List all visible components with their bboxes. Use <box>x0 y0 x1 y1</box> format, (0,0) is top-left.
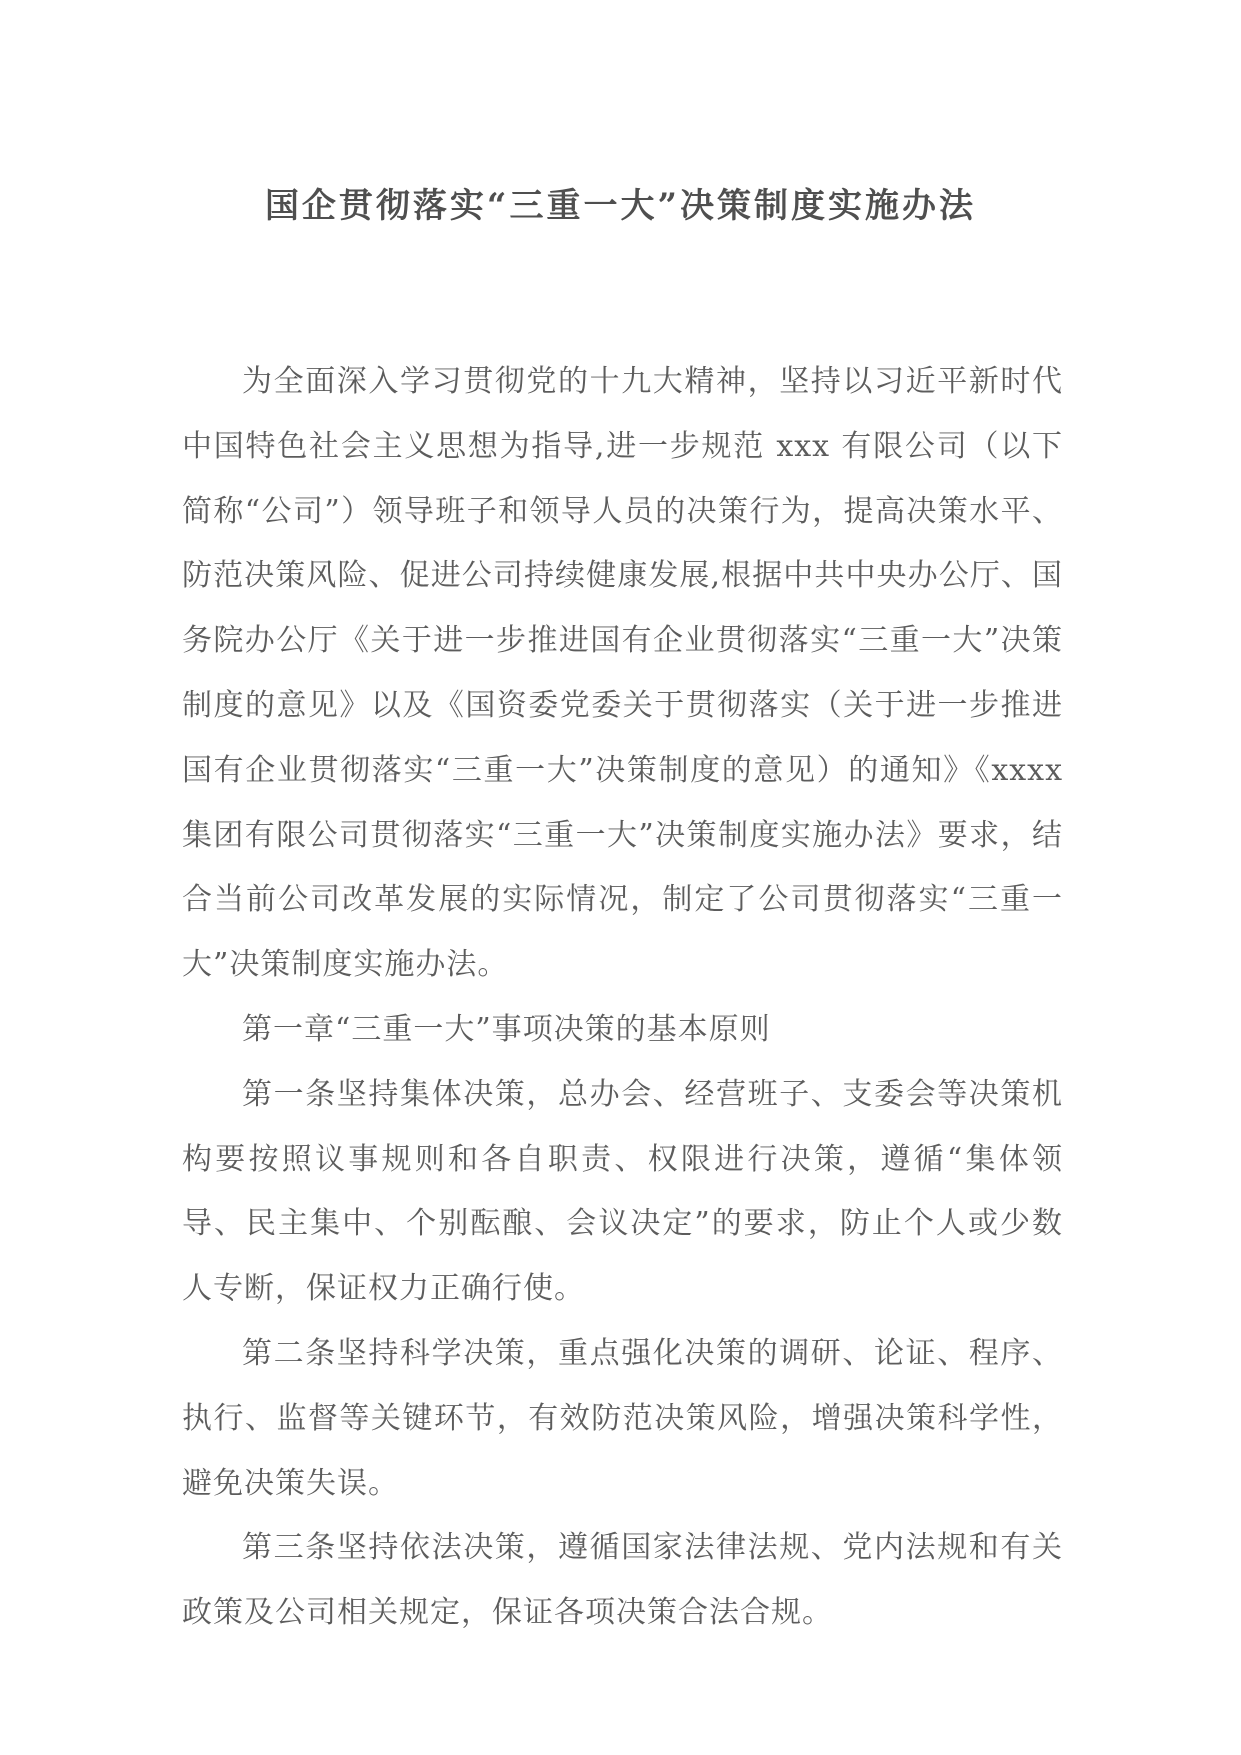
paragraph-intro: 为全面深入学习贯彻党的十九大精神，坚持以习近平新时代中国特色社会主义思想为指导,… <box>182 350 1063 998</box>
document-body: 为全面深入学习贯彻党的十九大精神，坚持以习近平新时代中国特色社会主义思想为指导,… <box>182 350 1063 1646</box>
document-page: 国企贯彻落实“三重一大”决策制度实施办法 为全面深入学习贯彻党的十九大精神，坚持… <box>0 0 1241 1755</box>
paragraph-article-3: 第三条坚持依法决策，遵循国家法律法规、党内法规和有关政策及公司相关规定，保证各项… <box>182 1516 1063 1646</box>
paragraph-chapter-1-heading: 第一章“三重一大”事项决策的基本原则 <box>182 998 1063 1063</box>
document-title: 国企贯彻落实“三重一大”决策制度实施办法 <box>120 186 1121 226</box>
paragraph-article-1: 第一条坚持集体决策，总办会、经营班子、支委会等决策机构要按照议事规则和各自职责、… <box>182 1063 1063 1322</box>
paragraph-article-2: 第二条坚持科学决策，重点强化决策的调研、论证、程序、执行、监督等关键环节，有效防… <box>182 1322 1063 1516</box>
